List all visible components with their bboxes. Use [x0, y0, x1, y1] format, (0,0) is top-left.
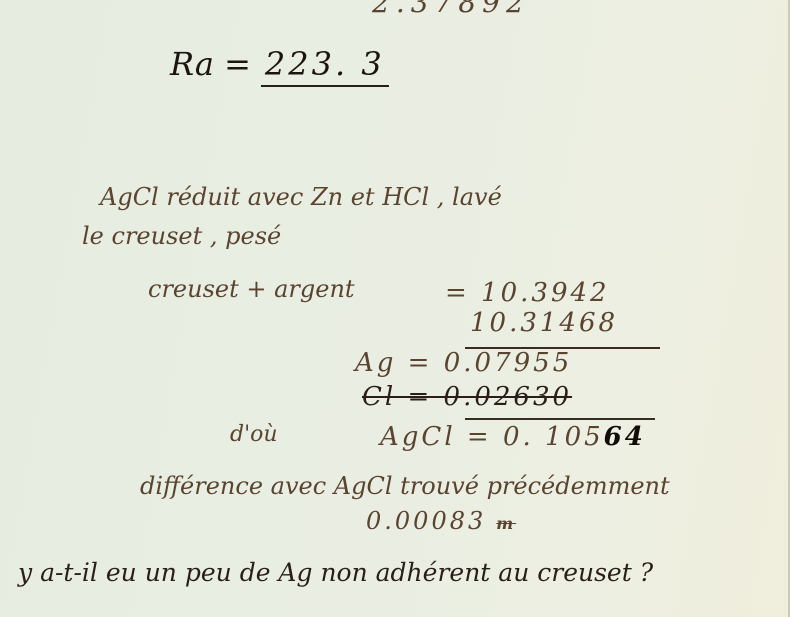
ra-value-underlined: 223. 3	[261, 45, 389, 87]
ag-label: Ag =	[355, 348, 432, 378]
radium-atomic-weight: Ra =223. 3	[170, 45, 389, 87]
agcl-value-prefix: 0. 105	[503, 422, 604, 452]
crucible-plus-silver-label: creuset + argent	[148, 275, 355, 303]
silver-chloride-mass: AgCl = 0. 10564	[380, 422, 646, 452]
therefore-label: d'où	[230, 422, 278, 447]
empty-crucible-value: 10.31468	[470, 308, 618, 338]
ag-value: 0.07955	[444, 348, 573, 378]
ra-label: Ra =	[170, 45, 251, 83]
difference-value: 0.00083	[366, 507, 486, 535]
difference-note: différence avec AgCl trouvé précédemment	[140, 472, 670, 500]
top-number-cropped: 2.37892	[372, 0, 530, 19]
procedure-line-1: AgCl réduit avec Zn et HCl , lavé	[100, 183, 502, 211]
chlorine-mass-struck-through: Cl = 0.02630	[362, 382, 572, 412]
silver-mass: Ag = 0.07955	[355, 348, 572, 378]
agcl-label: AgCl =	[380, 422, 492, 452]
question-note: y a-t-il eu un peu de Ag non adhérent au…	[18, 558, 653, 587]
crucible-plus-silver-value: = 10.3942	[445, 278, 610, 308]
difference-value-line: 0.00083m	[366, 507, 516, 535]
procedure-line-2: le creuset , pesé	[82, 222, 281, 250]
manuscript-page: 2.37892 Ra =223. 3 AgCl réduit avec Zn e…	[0, 0, 790, 617]
difference-mark: m	[496, 514, 516, 533]
addition-rule	[465, 418, 655, 420]
agcl-value-corrected-digits: 64	[604, 422, 646, 452]
